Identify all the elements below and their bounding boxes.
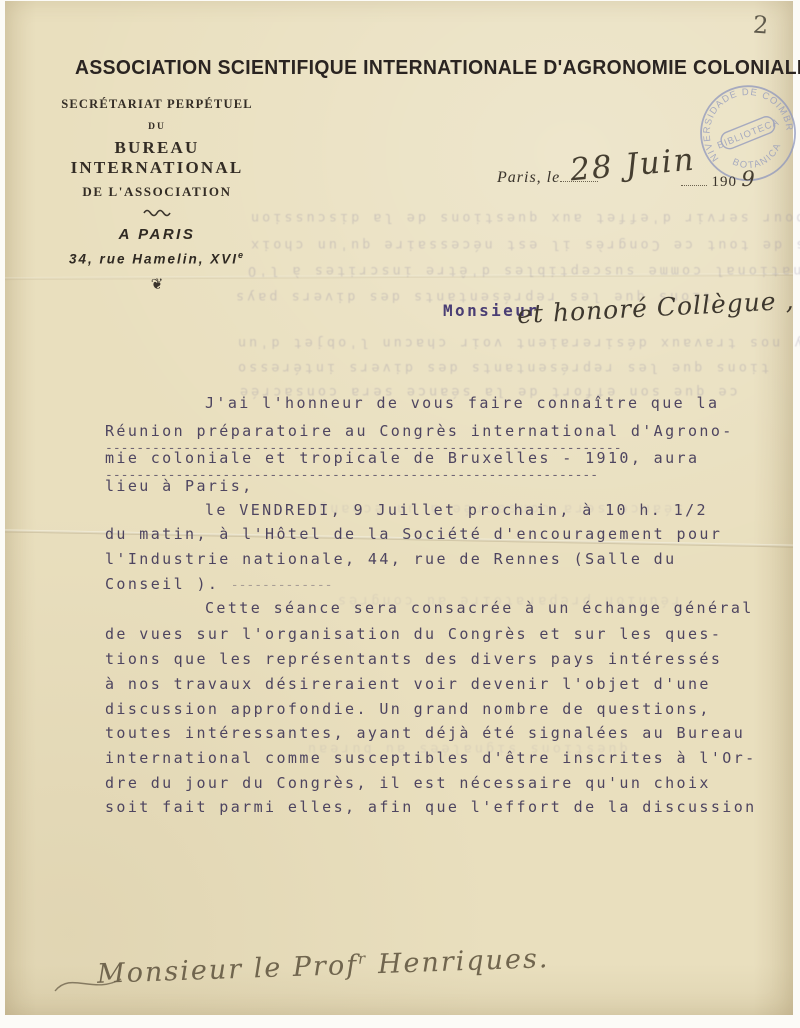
fleuron-ornament-icon: ❦ (51, 275, 263, 293)
body-line: soit fait parmi elles, afin que l'effort… (105, 798, 757, 816)
body-line: tions que les représentants des divers p… (105, 650, 722, 668)
body-line: à nos travaux désireraient voir devenir … (105, 675, 711, 693)
letterhead-block: SECRÉTARIAT PERPÉTUEL DU BUREAU INTERNAT… (51, 97, 263, 293)
dateline-printed-year: 190 (711, 174, 737, 190)
body-line-text: Conseil ). (105, 575, 219, 593)
body-line: le VENDREDI, 9 Juillet prochain, à 10 h.… (105, 501, 708, 519)
body-line: discussion approfondie. Un grand nombre … (105, 700, 711, 718)
footer-recipient-text: Monsieur le Prof (97, 950, 359, 990)
body-line: de vues sur l'organisation du Congrès et… (105, 625, 722, 643)
ghost-bleedthrough-line: tions que les représentants des divers i… (235, 360, 769, 376)
svg-text:BIBLIOTECA: BIBLIOTECA (716, 117, 781, 152)
body-line: l'Industrie nationale, 44, rue de Rennes… (105, 550, 677, 568)
squiggle-divider-icon (51, 204, 263, 222)
letter-page: 2 ASSOCIATION SCIENTIFIQUE INTERNATIONAL… (5, 1, 793, 1015)
ghost-bleedthrough-line: sont pour servir d'effet aux questions d… (248, 210, 800, 226)
page-number: 2 (752, 11, 769, 40)
address-text: 34, rue Hamelin, XVI (69, 252, 238, 267)
letterhead-title: ASSOCIATION SCIENTIFIQUE INTERNATIONALE … (75, 57, 739, 80)
du-line: DU (51, 122, 263, 132)
body-line: Conseil ). ------------- (105, 575, 333, 593)
secretariat-line: SECRÉTARIAT PERPÉTUEL (51, 97, 263, 112)
footer-recipient-name: Henriques. (367, 943, 550, 980)
dateline-year: 190 9 (681, 167, 755, 191)
address-line: 34, rue Hamelin, XVIe (51, 250, 263, 267)
ghost-bleedthrough-line: y nos travaux désireraient voir chacun l… (235, 335, 800, 351)
typed-trailing-dashes: ------------- (231, 578, 333, 593)
body-line: Cette séance sera consacrée à un échange… (105, 599, 754, 617)
body-line: J'ai l'honneur de vous faire connaître q… (105, 394, 719, 412)
body-line: du matin, à l'Hôtel de la Société d'enco… (105, 525, 722, 543)
city-line: A PARIS (51, 226, 263, 243)
body-line: dre du jour du Congrès, il est nécessair… (105, 774, 711, 792)
body-line: Réunion préparatoire au Congrès internat… (105, 422, 734, 440)
association-line: DE L'ASSOCIATION (51, 184, 263, 200)
dotted-leader (681, 171, 707, 186)
footer-recipient: Monsieur le Profr Henriques. (97, 943, 550, 990)
dateline-handwritten-date: 28 Juin (569, 142, 697, 189)
body-line: mie coloniale et tropicale de Bruxelles … (105, 449, 699, 467)
body-line: toutes intéressantes, ayant déjà été sig… (105, 724, 745, 742)
address-superscript: e (238, 250, 245, 260)
dateline-printed-prefix: Paris, le (497, 169, 560, 186)
body-line: international comme susceptibles d'être … (105, 749, 757, 767)
dateline-handwritten-digit: 9 (741, 167, 754, 191)
ghost-bleedthrough-line: international comme susceptibles d'être … (245, 263, 800, 279)
bureau-line: BUREAU INTERNATIONAL (51, 138, 263, 178)
ghost-bleedthrough-line: els de tout ce Congrès il est nécessaire… (248, 237, 800, 253)
body-line: lieu à Paris, (105, 477, 254, 495)
